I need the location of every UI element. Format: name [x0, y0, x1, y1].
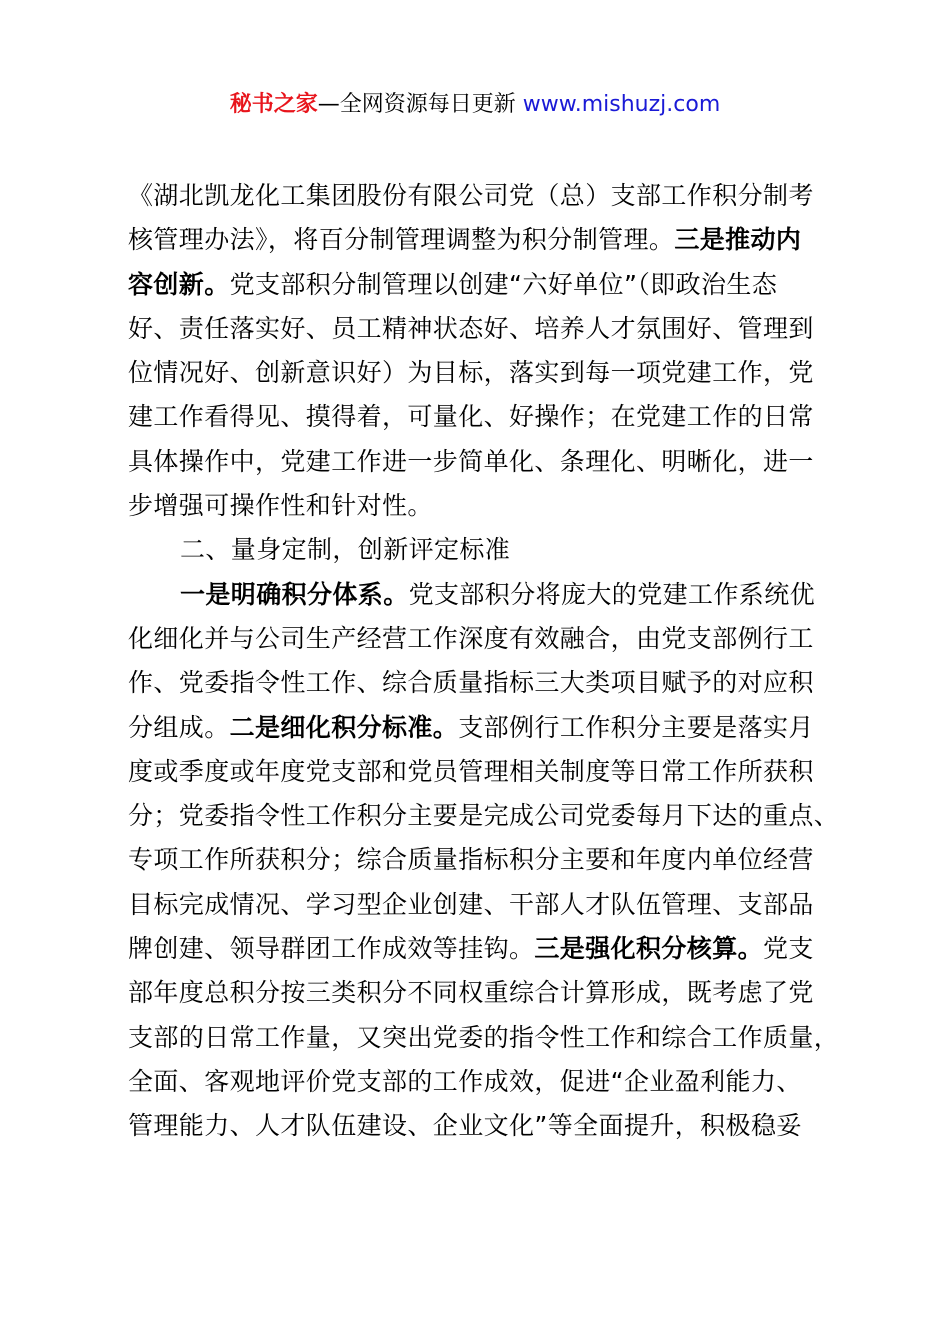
bold-lead-phrase: 容创新。	[128, 270, 230, 299]
text-segment: 化细化并与公司生产经营工作深度有效融合，由党支部例行工	[128, 624, 814, 653]
text-segment: 核管理办法》，将百分制管理调整为积分制管理。	[128, 225, 674, 254]
text-segment: 管理能力、人才队伍建设、企业文化”等全面提升，积极稳妥	[128, 1111, 802, 1140]
brand-name: 秘书之家	[230, 92, 318, 117]
bold-lead-phrase: 三是强化积分核算。	[534, 934, 763, 963]
text-line: 一是明确积分体系。党支部积分将庞大的党建工作系统优	[128, 573, 834, 617]
text-line: 步增强可操作性和针对性。	[128, 484, 834, 528]
text-segment: 二、量身定制，创新评定标准	[180, 535, 510, 564]
paragraph: 一是明确积分体系。党支部积分将庞大的党建工作系统优化细化并与公司生产经营工作深度…	[128, 573, 834, 1149]
text-segment: 步增强可操作性和针对性。	[128, 491, 433, 520]
text-segment: 分组成。	[128, 713, 230, 742]
text-line: 化细化并与公司生产经营工作深度有效融合，由党支部例行工	[128, 617, 834, 661]
text-segment: 《湖北凯龙化工集团股份有限公司党（总）支部工作积分制考	[128, 181, 814, 210]
bold-lead-phrase: 二是细化积分标准。	[230, 713, 459, 742]
text-line: 分；党委指令性工作积分主要是完成公司党委每月下达的重点、	[128, 794, 834, 838]
text-segment: 度或季度或年度党支部和党员管理相关制度等日常工作所获积	[128, 757, 814, 786]
text-line: 管理能力、人才队伍建设、企业文化”等全面提升，积极稳妥	[128, 1104, 834, 1148]
text-segment: 党支	[763, 934, 814, 963]
text-line: 核管理办法》，将百分制管理调整为积分制管理。三是推动内	[128, 218, 834, 262]
text-line: 好、责任落实好、员工精神状态好、培养人才氛围好、管理到	[128, 307, 834, 351]
text-line: 二、量身定制，创新评定标准	[128, 528, 834, 572]
text-segment: 专项工作所获积分；综合质量指标积分主要和年度内单位经营	[128, 845, 814, 874]
text-segment: 党支部积分制管理以创建“六好单位”（即政治生态	[230, 270, 778, 299]
site-link[interactable]: www.mishuzj.com	[523, 92, 720, 117]
text-line: 容创新。党支部积分制管理以创建“六好单位”（即政治生态	[128, 263, 834, 307]
text-line: 分组成。二是细化积分标准。支部例行工作积分主要是落实月	[128, 706, 834, 750]
text-segment: 好、责任落实好、员工精神状态好、培养人才氛围好、管理到	[128, 314, 814, 343]
text-segment: 建工作看得见、摸得着，可量化、好操作；在党建工作的日常	[128, 402, 814, 431]
text-segment: 具体操作中，党建工作进一步简单化、条理化、明晰化，进一	[128, 447, 814, 476]
bold-lead-phrase: 一是明确积分体系。	[180, 580, 409, 609]
watermark-header: 秘书之家—全网资源每日更新 www.mishuzj.com	[0, 88, 950, 122]
text-segment: 目标完成情况、学习型企业创建、干部人才队伍管理、支部品	[128, 890, 814, 919]
text-segment: 分；党委指令性工作积分主要是完成公司党委每月下达的重点、	[128, 801, 839, 830]
text-segment: 全面、客观地评价党支部的工作成效，促进“企业盈利能力、	[128, 1067, 802, 1096]
document-body: 《湖北凯龙化工集团股份有限公司党（总）支部工作积分制考核管理办法》，将百分制管理…	[128, 174, 834, 1149]
text-segment: 作、党委指令性工作、综合质量指标三大类项目赋予的对应积	[128, 668, 814, 697]
text-segment: 牌创建、领导群团工作成效等挂钩。	[128, 934, 534, 963]
text-line: 位情况好、创新意识好）为目标，落实到每一项党建工作，党	[128, 351, 834, 395]
text-segment: 部年度总积分按三类积分不同权重综合计算形成，既考虑了党	[128, 978, 814, 1007]
text-segment: 支部的日常工作量，又突出党委的指令性工作和综合工作质量，	[128, 1023, 839, 1052]
text-segment: 党支部积分将庞大的党建工作系统优	[409, 580, 815, 609]
text-line: 具体操作中，党建工作进一步简单化、条理化、明晰化，进一	[128, 440, 834, 484]
bold-lead-phrase: 三是推动内	[674, 225, 801, 254]
text-segment: 支部例行工作积分主要是落实月	[458, 713, 814, 742]
paragraph: 《湖北凯龙化工集团股份有限公司党（总）支部工作积分制考核管理办法》，将百分制管理…	[128, 174, 834, 528]
text-line: 全面、客观地评价党支部的工作成效，促进“企业盈利能力、	[128, 1060, 834, 1104]
text-segment: 位情况好、创新意识好）为目标，落实到每一项党建工作，党	[128, 358, 814, 387]
text-line: 建工作看得见、摸得着，可量化、好操作；在党建工作的日常	[128, 395, 834, 439]
text-line: 作、党委指令性工作、综合质量指标三大类项目赋予的对应积	[128, 661, 834, 705]
text-line: 目标完成情况、学习型企业创建、干部人才队伍管理、支部品	[128, 883, 834, 927]
slogan: —全网资源每日更新	[318, 92, 523, 117]
text-line: 支部的日常工作量，又突出党委的指令性工作和综合工作质量，	[128, 1016, 834, 1060]
text-line: 部年度总积分按三类积分不同权重综合计算形成，既考虑了党	[128, 971, 834, 1015]
text-line: 《湖北凯龙化工集团股份有限公司党（总）支部工作积分制考	[128, 174, 834, 218]
text-line: 专项工作所获积分；综合质量指标积分主要和年度内单位经营	[128, 838, 834, 882]
text-line: 牌创建、领导群团工作成效等挂钩。三是强化积分核算。党支	[128, 927, 834, 971]
text-line: 度或季度或年度党支部和党员管理相关制度等日常工作所获积	[128, 750, 834, 794]
section-heading: 二、量身定制，创新评定标准	[128, 528, 834, 572]
